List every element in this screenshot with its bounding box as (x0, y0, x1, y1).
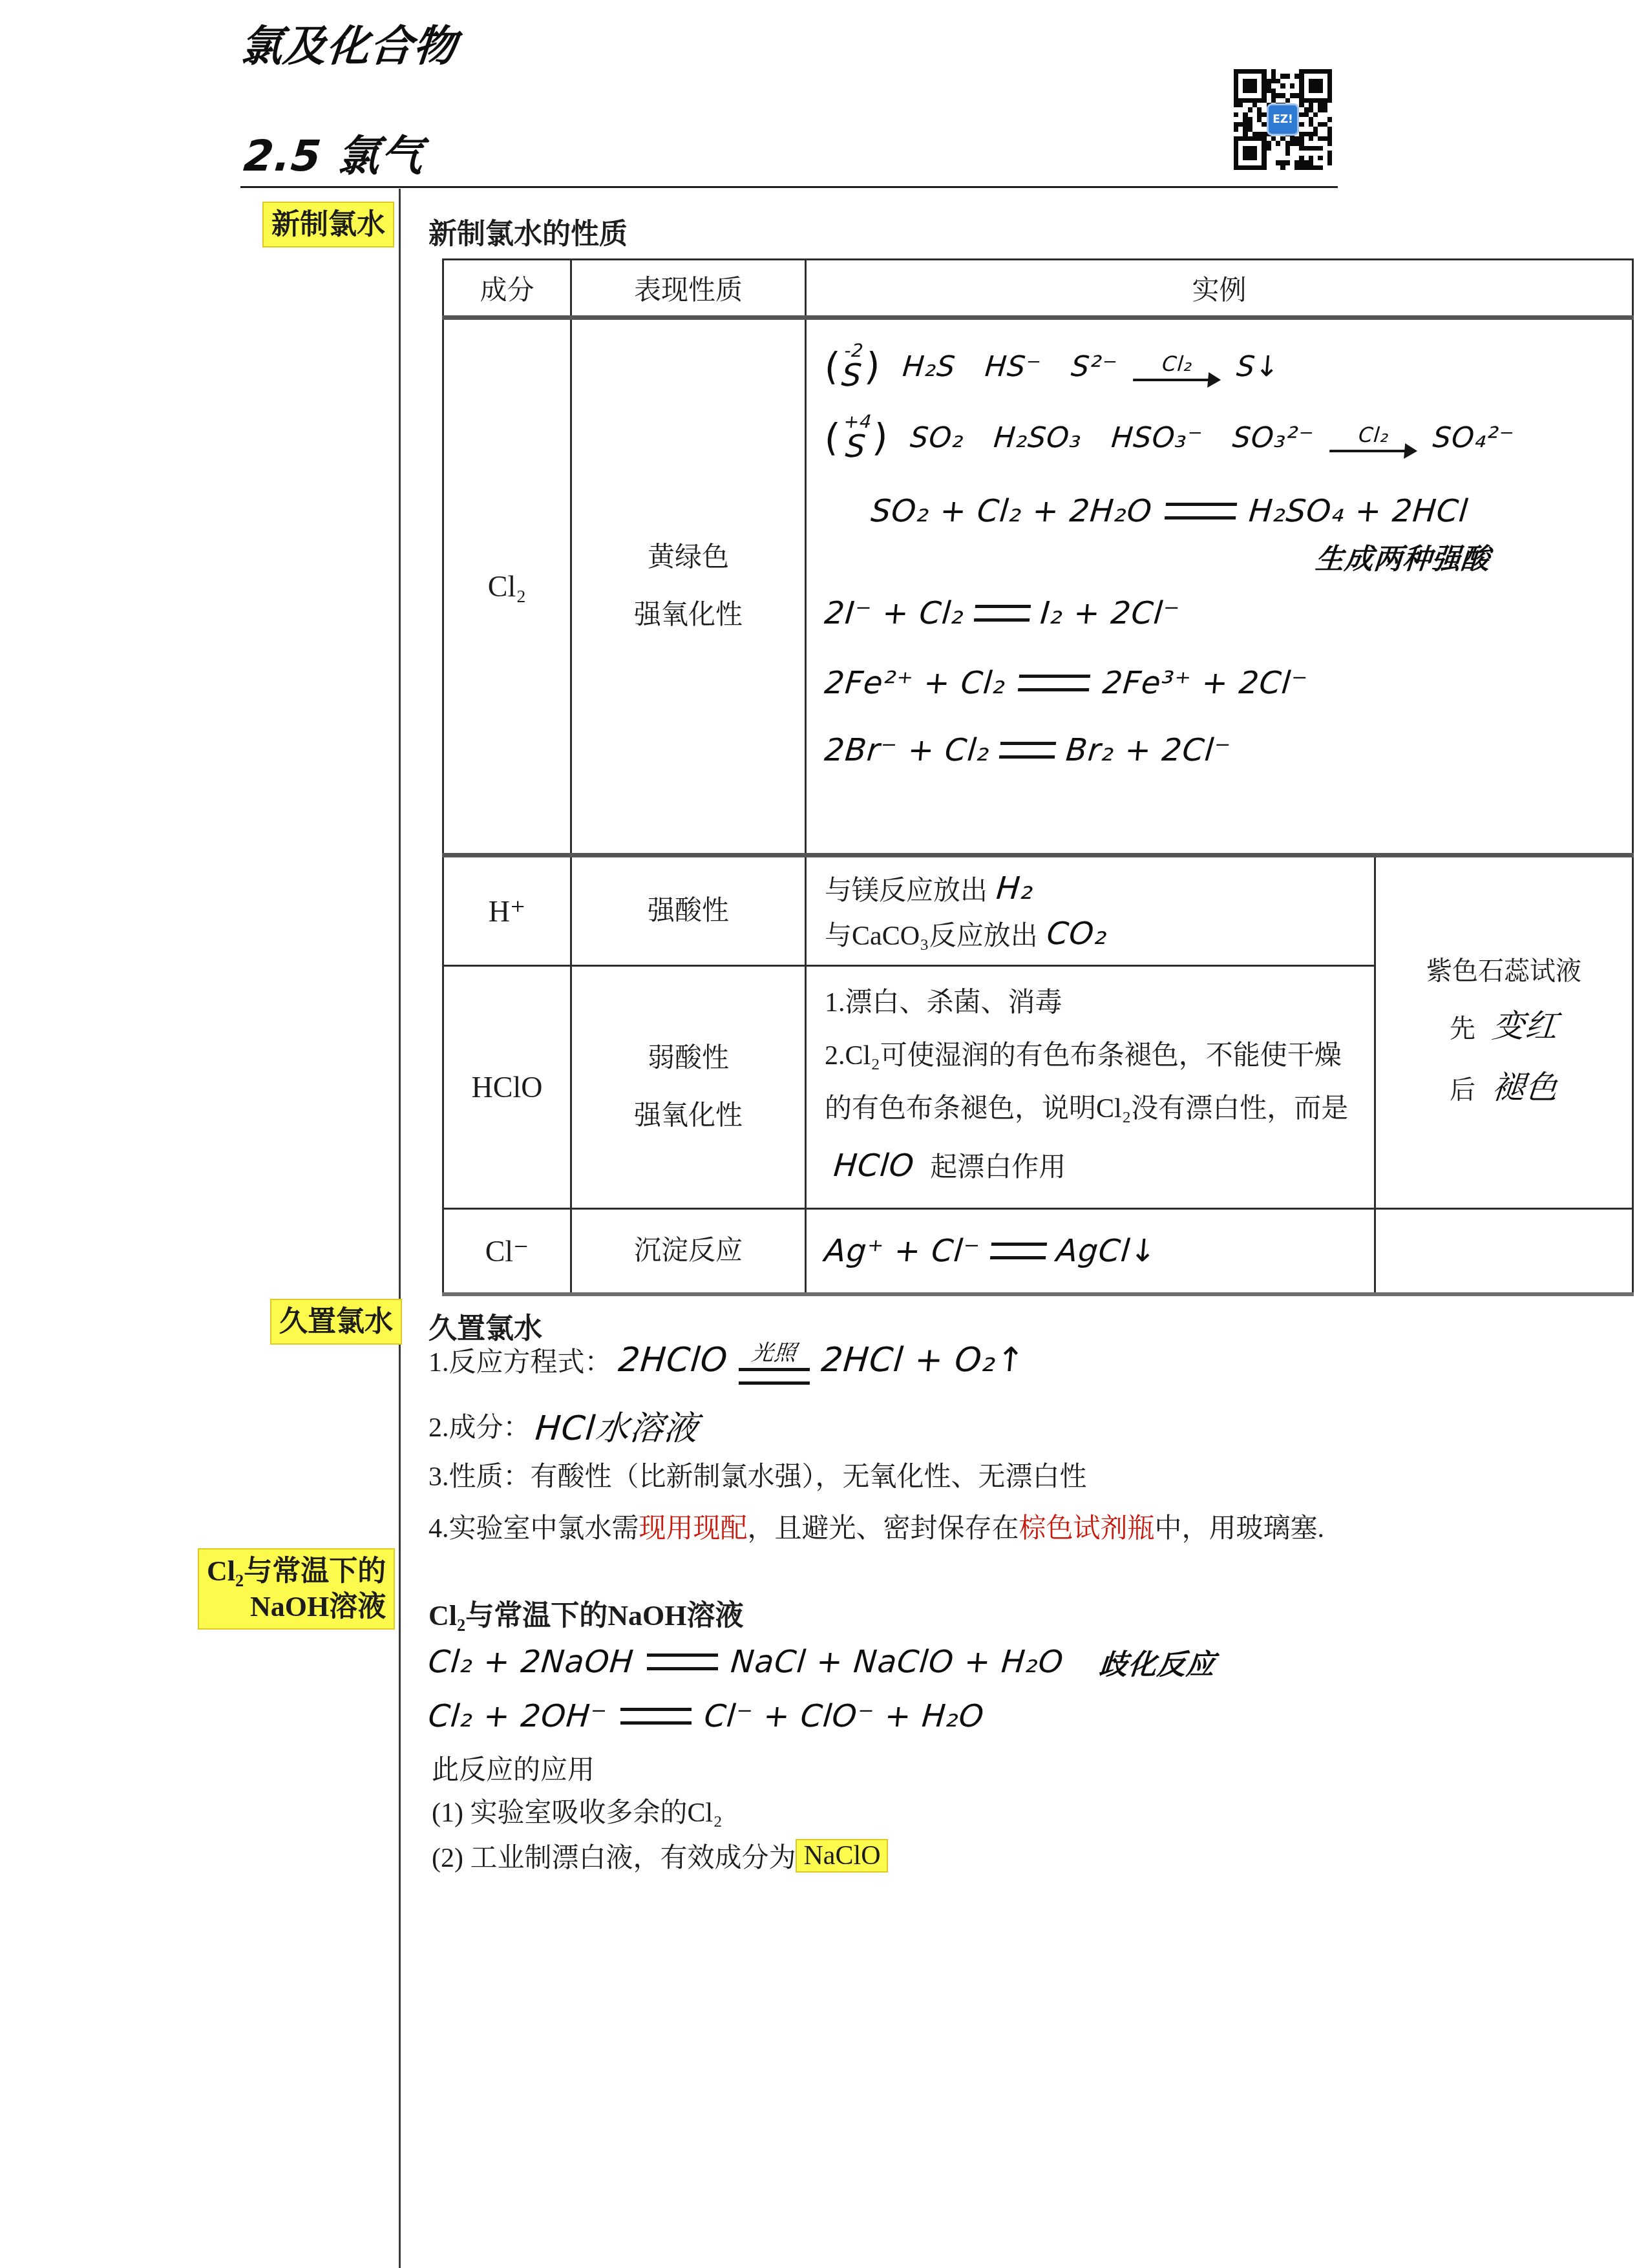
equation-sulfide-oxidation: (-2S) H₂S HS⁻ S²⁻ Cl₂ S↓ (823, 342, 1623, 391)
naoh-equation-2: Cl₂ + 2OH⁻ Cl⁻ + ClO⁻ + H₂O (428, 1698, 984, 1734)
cell-property-cl: 沉淀反应 (571, 1209, 806, 1294)
qr-logo-badge: EZ! (1267, 103, 1299, 136)
double-bond-equals (974, 605, 1031, 622)
cell-example-hclo: 1.漂白、杀菌、消毒 2.Cl₂可使湿润的有色布条褪色，不能使干燥的有色布条褪色… (806, 966, 1375, 1209)
reaction-arrow: Cl₂ (1329, 423, 1417, 452)
aged-item-2: 2.成分： HCl水溶液 (428, 1401, 698, 1449)
equation-agcl: Ag⁺ + Cl⁻ AgCl↓ (823, 1233, 1364, 1269)
notes-page: 氯及化合物 EZ! 2.5 氯气 新制氯水 新制氯水的性质 成分 表现性质 实例… (0, 0, 1648, 2268)
label-aged-chlorine-water: 久置氯水 (270, 1299, 402, 1345)
fresh-section-heading: 新制氯水的性质 (428, 211, 628, 252)
label-cl2-naoh: Cl₂与常温下的 NaOH溶液 (198, 1548, 395, 1630)
usage-item-1: (1) 实验室吸收多余的Cl₂ (432, 1791, 723, 1830)
properties-table: 成分 表现性质 实例 Cl₂ 黄绿色 强氧化性 (-2S) (442, 258, 1634, 1296)
cell-litmus-note: 紫色石蕊试液 先 变红 后 褪色 (1375, 856, 1633, 1209)
table-row-cl2: Cl₂ 黄绿色 强氧化性 (-2S) H₂S HS⁻ S²⁻ Cl₂ (443, 318, 1633, 856)
annotation-two-strong-acids: 生成两种强酸 (1314, 536, 1622, 577)
col-header-component: 成分 (443, 260, 571, 318)
label-fresh-chlorine-water: 新制氯水 (262, 202, 394, 247)
equation-ferrous: 2Fe²⁺ + Cl₂ 2Fe³⁺ + 2Cl⁻ (823, 665, 1622, 701)
equation-bromide: 2Br⁻ + Cl₂ Br₂ + 2Cl⁻ (823, 732, 1622, 768)
cell-component-h: H⁺ (443, 856, 571, 966)
chapter-title: 2.5 氯气 (242, 121, 427, 183)
naoh-section-heading: Cl₂与常温下的NaOH溶液 (428, 1592, 743, 1633)
equation-so2-cl2: SO₂ + Cl₂ + 2H₂O H₂SO₄ + 2HCl (870, 493, 1622, 529)
aged-item-1: 1.反应方程式： 2HClO 光照 2HCl + O₂↑ (428, 1335, 1025, 1385)
highlight-naclo: NaClO (796, 1839, 888, 1873)
cell-property-cl2: 黄绿色 强氧化性 (571, 318, 806, 856)
equation-iodide: 2I⁻ + Cl₂ I₂ + 2Cl⁻ (823, 595, 1622, 631)
equation-sulfite-oxidation: (+4S) SO₂ H₂SO₃ HSO₃⁻ SO₃²⁻ Cl₂ SO₄²⁻ (823, 413, 1623, 462)
table-row-cl-ion: Cl⁻ 沉淀反应 Ag⁺ + Cl⁻ AgCl↓ (443, 1209, 1633, 1294)
table-row-h-ion: H⁺ 强酸性 与镁反应放出 H₂ 与CaCO₃反应放出 CO₂ 紫色石蕊试 (443, 856, 1633, 966)
double-bond-equals (1018, 675, 1090, 691)
red-emphasis: 现用现配 (639, 1507, 748, 1546)
annotation-disproportionation: 歧化反应 (1097, 1641, 1218, 1683)
double-bond-equals (739, 1368, 810, 1385)
col-header-property: 表现性质 (571, 260, 806, 318)
reaction-condition: 光照 (739, 1335, 810, 1385)
cell-component-cl: Cl⁻ (443, 1209, 571, 1294)
double-bond-equals (989, 1243, 1046, 1259)
cell-component-cl2: Cl₂ (443, 318, 571, 856)
aged-item-3: 3.性质：有酸性（比新制氯水强），无氧化性、无漂白性 (428, 1455, 1087, 1494)
qr-code: EZ! (1231, 67, 1335, 173)
col-header-example: 实例 (806, 260, 1633, 318)
cell-property-h: 强酸性 (571, 856, 806, 966)
cell-example-cl2: (-2S) H₂S HS⁻ S²⁻ Cl₂ S↓ (+4S) SO₂ H₂SO₃ (806, 318, 1633, 856)
double-bond-equals (999, 742, 1056, 759)
red-emphasis: 棕色试剂瓶 (1019, 1507, 1155, 1546)
cell-example-h: 与镁反应放出 H₂ 与CaCO₃反应放出 CO₂ (806, 856, 1375, 966)
table-header-row: 成分 表现性质 实例 (443, 260, 1633, 318)
cell-empty (1375, 1209, 1633, 1294)
double-bond-equals (1165, 503, 1237, 520)
cell-component-hclo: HClO (443, 966, 571, 1209)
double-bond-equals (620, 1708, 692, 1725)
aged-item-4: 4.实验室中氯水需现用现配，且避光、密封保存在棕色试剂瓶中，用玻璃塞. (428, 1507, 1324, 1546)
title-underline (240, 186, 1338, 188)
usage-item-2: (2) 工业制漂白液，有效成分为 NaClO (432, 1836, 888, 1875)
naoh-equation-1: Cl₂ + 2NaOH NaCl + NaClO + H₂O 歧化反应 (428, 1641, 1216, 1683)
cell-example-cl: Ag⁺ + Cl⁻ AgCl↓ (806, 1209, 1375, 1294)
margin-rule (399, 189, 401, 2268)
usage-heading: 此反应的应用 (432, 1748, 595, 1787)
cell-property-hclo: 弱酸性 强氧化性 (571, 966, 806, 1209)
doc-title: 氯及化合物 (238, 12, 460, 73)
reaction-arrow: Cl₂ (1133, 352, 1221, 381)
double-bond-equals (647, 1654, 718, 1670)
